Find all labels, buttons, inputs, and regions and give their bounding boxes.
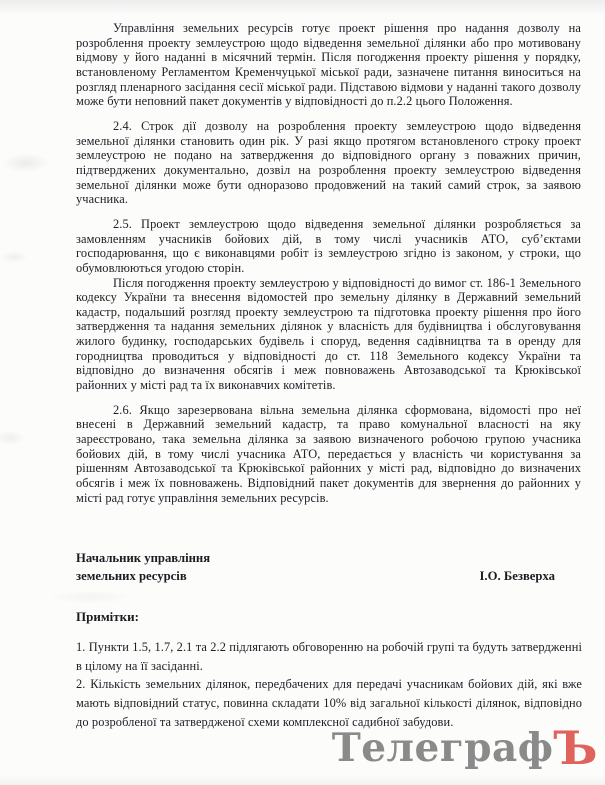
signature-role: Начальник управління земельних ресурсів xyxy=(76,550,210,585)
signature-name: І.О. Безверха xyxy=(480,568,556,586)
document-body: Управління земельних ресурсів готує прое… xyxy=(76,21,581,505)
signature-role-line2: земельних ресурсів xyxy=(76,568,210,586)
signature-block: Начальник управління земельних ресурсів … xyxy=(76,550,555,585)
watermark-accent-letter: Ъ xyxy=(553,721,598,775)
note-item-1: 1. Пункти 1.5, 1.7, 2.1 та 2.2 підлягают… xyxy=(76,638,582,675)
notes-heading: Примітки: xyxy=(76,609,139,625)
scanned-document-page: Управління земельних ресурсів готує прое… xyxy=(0,0,605,785)
paragraph-2-4: 2.4. Строк дії дозволу на розроблення пр… xyxy=(76,119,581,207)
watermark-main-text: Телеграф xyxy=(332,725,554,771)
paragraph-2-6: 2.6. Якщо зарезервована вільна земельна … xyxy=(76,403,581,506)
signature-role-line1: Начальник управління xyxy=(76,550,210,568)
paragraph-2-5: 2.5. Проект землеустрою щодо відведення … xyxy=(76,217,581,276)
telegraf-watermark: ТелеграфЪ xyxy=(332,726,598,770)
notes-block: 1. Пункти 1.5, 1.7, 2.1 та 2.2 підлягают… xyxy=(76,638,582,732)
note-item-2: 2. Кількість земельних ділянок, передбач… xyxy=(76,675,582,731)
paragraph-2-5-continued: Після погодження проекту землеустрою у в… xyxy=(76,276,581,393)
paragraph-intro: Управління земельних ресурсів готує прое… xyxy=(76,21,581,109)
